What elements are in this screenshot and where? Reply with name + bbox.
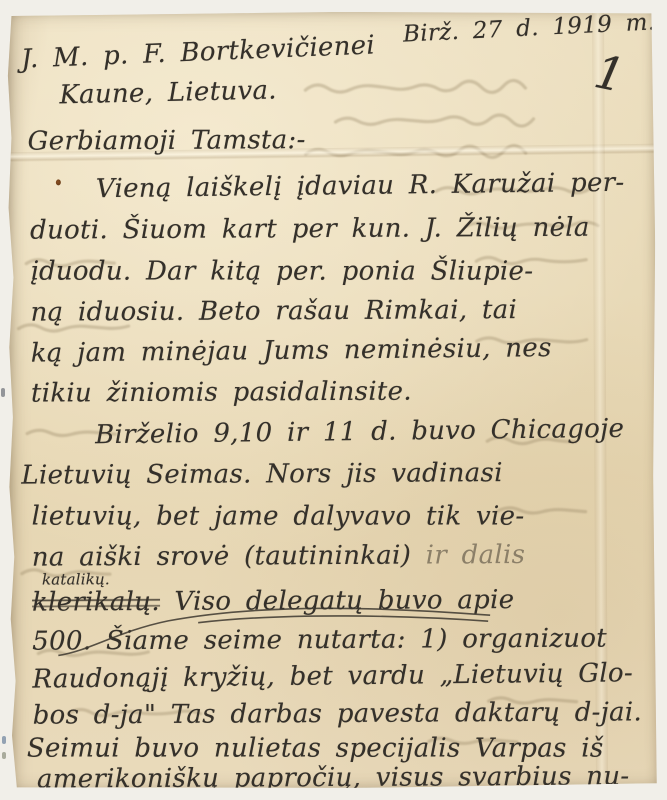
letter-line: amerikoniškų papročių, visus svarbius nu… <box>37 762 630 795</box>
letter-line: ną iduosiu. Beto rašau Rimkai, tai <box>30 296 517 328</box>
letter-line: duoti. Šiuom kart per kun. J. Žilių nėla <box>30 214 590 247</box>
paper-speck <box>56 179 61 185</box>
recipient-line-2: Kaune, Lietuva. <box>59 76 277 111</box>
scanner-edge-mark <box>2 752 6 759</box>
letter-line-ink-segment: na aiški srovė (tautininkai) <box>32 541 426 573</box>
scanner-edge-mark <box>1 388 5 397</box>
letter-line: tikiu žiniomis pasidalinsite. <box>31 378 412 410</box>
salutation: Gerbiamoji Tamsta:- <box>28 126 306 157</box>
letter-line: lietuvių, bet jame dalyvavo tik vie- <box>32 503 525 533</box>
letter-line: ką jam minėjau Jums neminėsiu, nes <box>31 334 552 369</box>
letter-line: bos d-ja" Tas darbas pavesta daktarų d-j… <box>33 698 643 731</box>
inserted-word: katalikų. <box>42 571 110 589</box>
letter-line: na aiški srovė (tautininkai) ir dalis <box>32 541 526 573</box>
pencil-addition: ir dalis <box>426 540 526 571</box>
underline-flourish <box>48 599 498 659</box>
letter-line: Raudonąjį kryžių, bet vardu „Lietuvių Gl… <box>32 659 633 695</box>
letter-line: įduodu. Dar kitą per. ponia Šliupie- <box>30 258 533 288</box>
letter-paper: Birž. 27 d. 1919 m. 1 J. M. p. F. Bortke… <box>5 10 658 789</box>
scanner-edge-mark <box>2 736 6 744</box>
letter-line: Seimui buvo nulietas specijalis Varpas i… <box>27 735 604 765</box>
letter-line: Lietuvių Seimas. Nors jis vadinasi <box>21 459 503 491</box>
